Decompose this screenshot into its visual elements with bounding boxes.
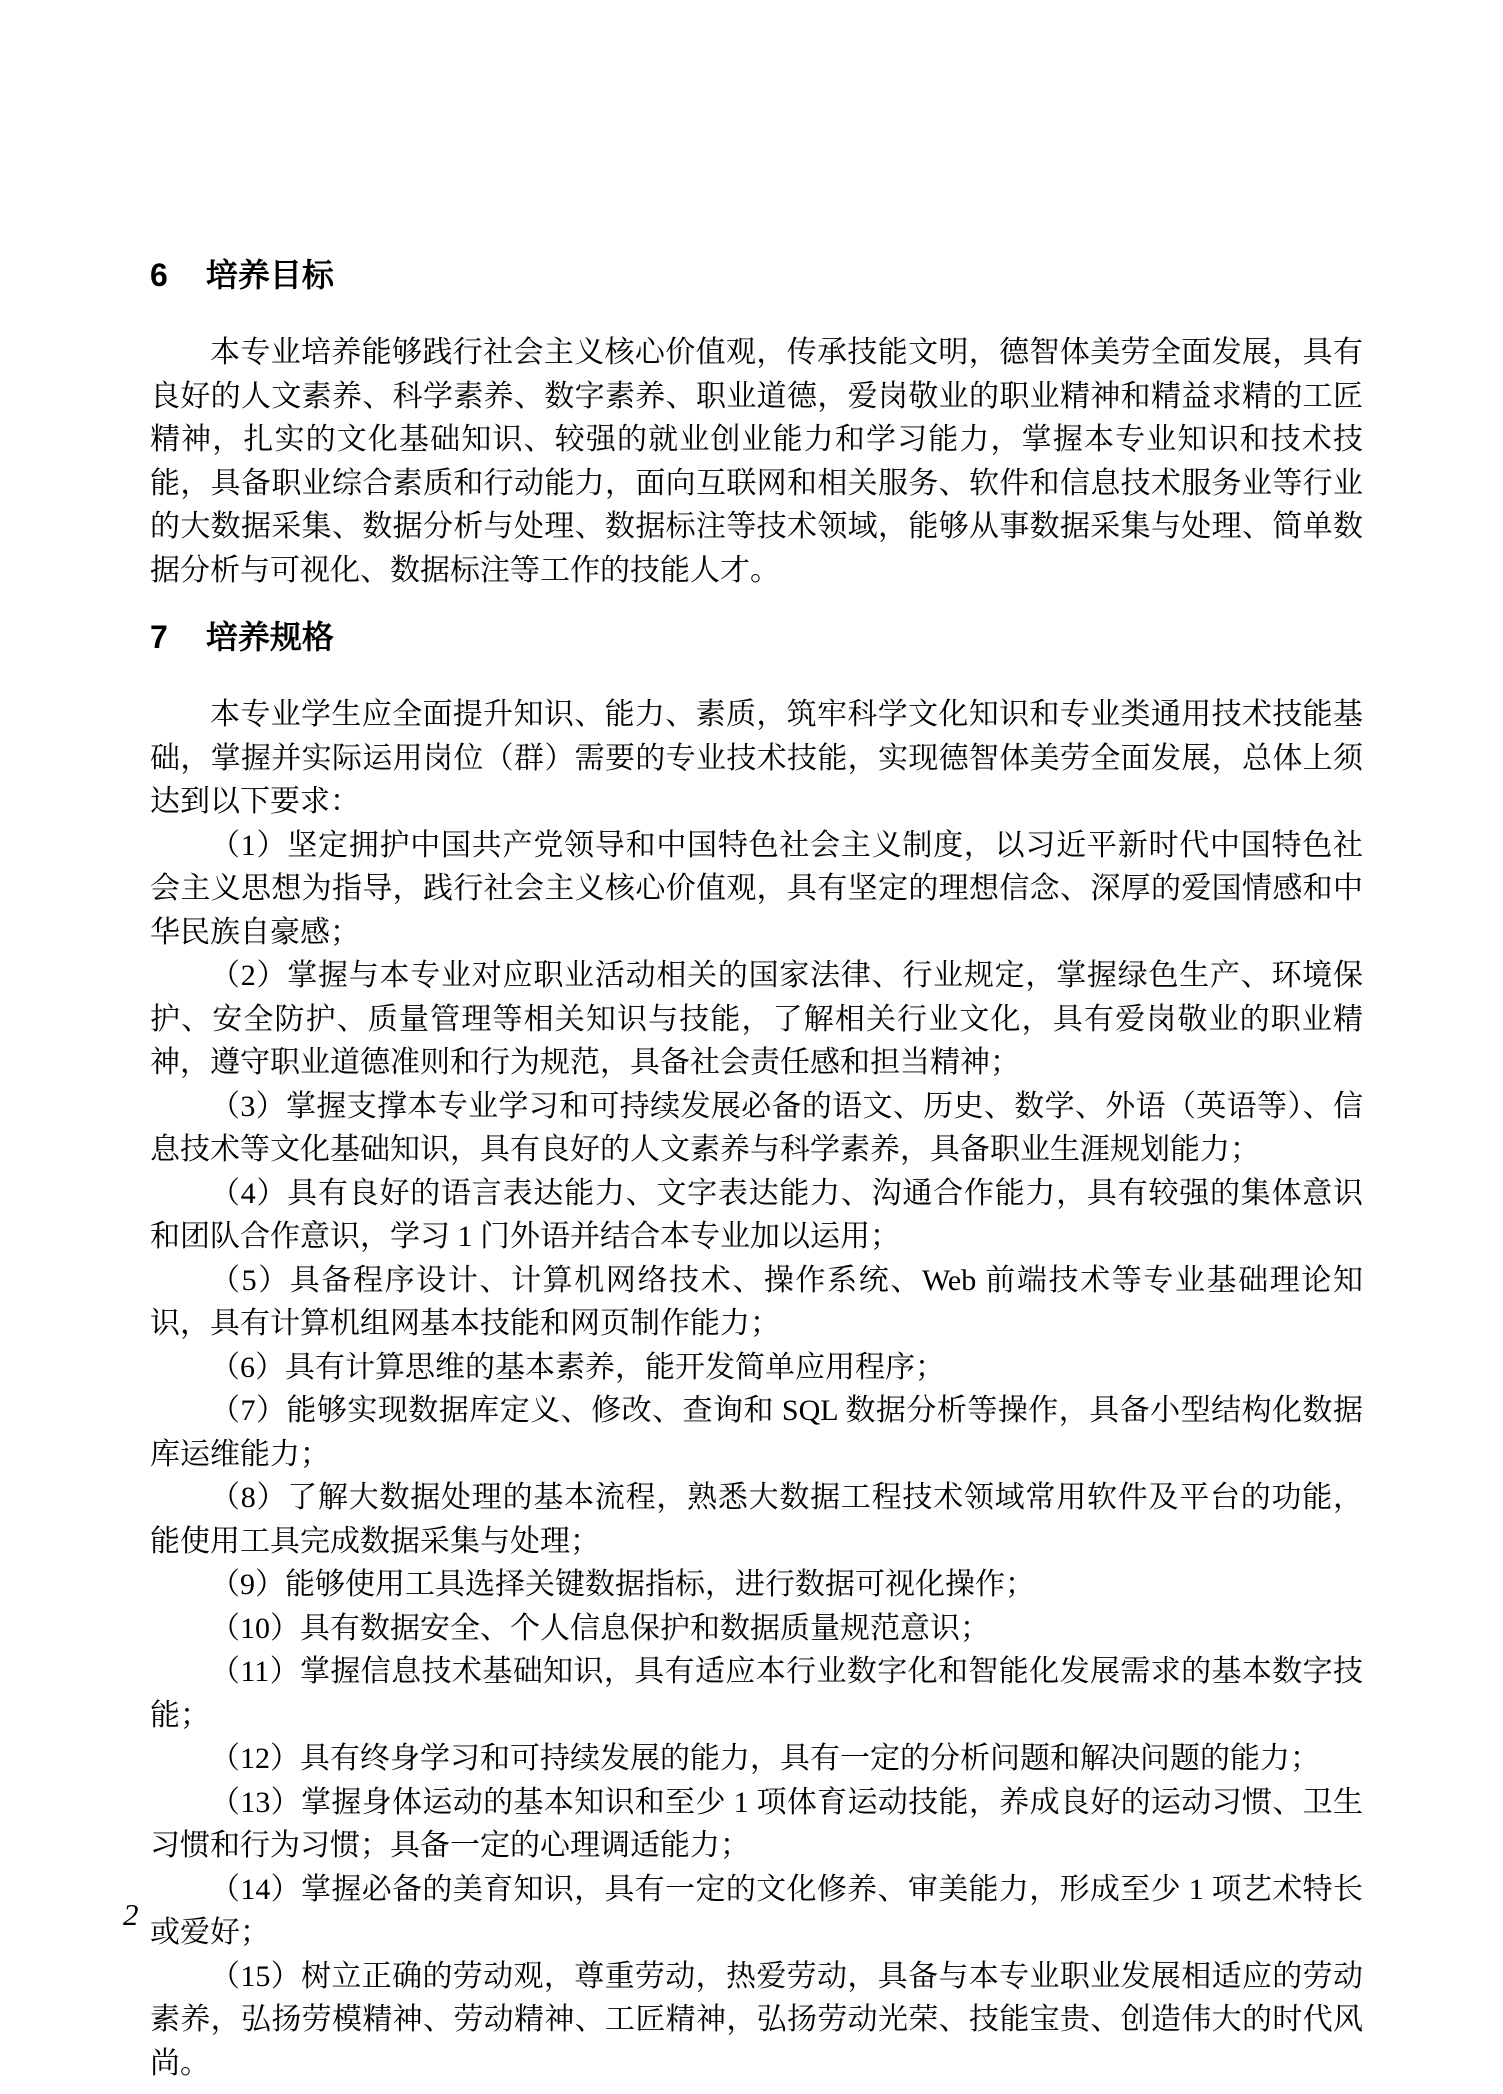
section-6-number: 6 xyxy=(150,255,170,295)
requirement-item: （5）具备程序设计、计算机网络技术、操作系统、Web 前端技术等专业基础理论知识… xyxy=(150,1259,1363,1346)
section-7-number: 7 xyxy=(150,617,170,657)
requirement-item: （2）掌握与本专业对应职业活动相关的国家法律、行业规定，掌握绿色生产、环境保护、… xyxy=(150,954,1363,1085)
section-7-intro-paragraph: 本专业学生应全面提升知识、能力、素质，筑牢科学文化知识和专业类通用技术技能基础，… xyxy=(150,693,1363,824)
section-6-paragraph: 本专业培养能够践行社会主义核心价值观，传承技能文明，德智体美劳全面发展，具有良好… xyxy=(150,331,1363,592)
document-page: 6 培养目标 本专业培养能够践行社会主义核心价值观，传承技能文明，德智体美劳全面… xyxy=(0,0,1503,2094)
requirement-item: （1）坚定拥护中国共产党领导和中国特色社会主义制度，以习近平新时代中国特色社会主… xyxy=(150,824,1363,955)
requirement-item: （10）具有数据安全、个人信息保护和数据质量规范意识； xyxy=(150,1607,1363,1651)
requirement-item: （12）具有终身学习和可持续发展的能力，具有一定的分析问题和解决问题的能力； xyxy=(150,1737,1363,1781)
requirement-item: （4）具有良好的语言表达能力、文字表达能力、沟通合作能力，具有较强的集体意识和团… xyxy=(150,1172,1363,1259)
requirement-item: （3）掌握支撑本专业学习和可持续发展必备的语文、历史、数学、外语（英语等）、信息… xyxy=(150,1085,1363,1172)
requirement-item: （14）掌握必备的美育知识，具有一定的文化修养、审美能力，形成至少 1 项艺术特… xyxy=(150,1868,1363,1955)
section-7-heading: 7 培养规格 xyxy=(150,617,1363,657)
requirement-item: （9）能够使用工具选择关键数据指标，进行数据可视化操作； xyxy=(150,1563,1363,1607)
section-7-title: 培养规格 xyxy=(206,619,334,655)
section-6-title: 培养目标 xyxy=(206,257,334,293)
page-content: 6 培养目标 本专业培养能够践行社会主义核心价值观，传承技能文明，德智体美劳全面… xyxy=(150,0,1363,2085)
requirement-item: （13）掌握身体运动的基本知识和至少 1 项体育运动技能，养成良好的运动习惯、卫… xyxy=(150,1781,1363,1868)
requirement-item: （8）了解大数据处理的基本流程，熟悉大数据工程技术领域常用软件及平台的功能，能使… xyxy=(150,1476,1363,1563)
requirement-item: （7）能够实现数据库定义、修改、查询和 SQL 数据分析等操作，具备小型结构化数… xyxy=(150,1389,1363,1476)
section-6-heading: 6 培养目标 xyxy=(150,255,1363,295)
requirement-item: （6）具有计算思维的基本素养，能开发简单应用程序； xyxy=(150,1346,1363,1390)
requirement-item: （15）树立正确的劳动观，尊重劳动，热爱劳动，具备与本专业职业发展相适应的劳动素… xyxy=(150,1955,1363,2086)
page-number: 2 xyxy=(123,1895,139,1935)
requirement-item: （11）掌握信息技术基础知识，具有适应本行业数字化和智能化发展需求的基本数字技能… xyxy=(150,1650,1363,1737)
